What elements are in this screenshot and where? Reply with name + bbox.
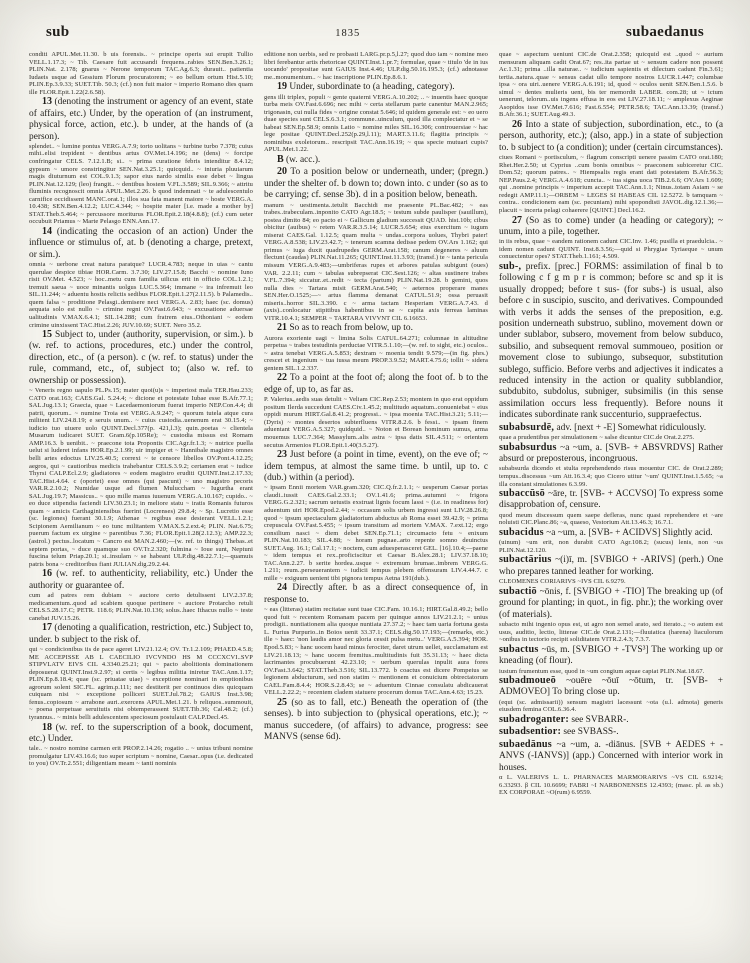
entry-headword: subaccūsō bbox=[499, 488, 545, 499]
entry-paragraph: subacidus ~a ~um, a. [SVB- + ACIDVS] Sli… bbox=[499, 527, 723, 539]
sense-paragraph: B (w. acc.). bbox=[264, 154, 488, 166]
sense-paragraph: 25 (so as to fall, etc.) Beneath the ope… bbox=[264, 697, 488, 744]
entry-paragraph: subactārius ~(i)ī, m. [SVBIGO + -ARIVS] … bbox=[499, 554, 723, 578]
citation-block: cum ad patres rem dubiam ~ auctore certo… bbox=[29, 592, 253, 622]
entry-headword: sub-, bbox=[499, 261, 521, 272]
entry-headword: subactārius bbox=[499, 554, 552, 565]
running-head-right: subaedanus bbox=[626, 24, 704, 41]
sense-number: 19 bbox=[277, 81, 287, 92]
sense-definition: Just before (a point in time, event), on… bbox=[264, 450, 488, 483]
entry-definition: adv. [next + -E] Somewhat ridiculously. bbox=[557, 423, 707, 433]
citation-block: splendet.. ~ lumine pontus VERG.A.7.9; t… bbox=[29, 143, 253, 226]
sense-paragraph: 19 Under, subordinate to (a heading, cat… bbox=[264, 81, 488, 93]
sense-number: 15 bbox=[42, 329, 52, 340]
entry-definition: see SVBARR-. bbox=[571, 715, 628, 725]
citation-block: in iis rebus, quae ~ eandem rationem cad… bbox=[499, 238, 723, 261]
entry-definition: prefix. [prec.] FORMS: assimilation of f… bbox=[499, 262, 723, 420]
entry-headword: subabsurdē, bbox=[499, 422, 554, 433]
citation-block: manum ~ uestimenta..tetulit Bacchidi me … bbox=[264, 202, 488, 323]
sense-paragraph: 15 Subject to, under (authority, supervi… bbox=[29, 329, 253, 387]
sense-paragraph: 18 (w. ref. to the superscription of a b… bbox=[29, 722, 253, 746]
sense-definition: Directly after. b as a direct consequenc… bbox=[264, 583, 488, 604]
sense-paragraph: 24 Directly after. b as a direct consequ… bbox=[264, 582, 488, 606]
dictionary-page: sub 1835 subaedanus conditi APUL.Met.11.… bbox=[0, 0, 750, 963]
sense-definition: To a point at the foot of; along the foo… bbox=[264, 373, 488, 394]
citation-block: P. Valerius..aedis suas detulit ~ Veliam… bbox=[264, 396, 488, 449]
sense-paragraph: 23 Just before (a point in time, event),… bbox=[264, 449, 488, 484]
sense-number: 22 bbox=[277, 372, 287, 383]
citation-block: (equi (sc. admissarii)) sensum magistri … bbox=[499, 699, 723, 714]
entry-headword: subadroganter: bbox=[499, 714, 569, 725]
sense-number: 24 bbox=[277, 582, 287, 593]
citation-block: Aurora exoriente uagi ~ limina Solis CAT… bbox=[264, 335, 488, 373]
entry-paragraph: subabsurdē, adv. [next + -E] Somewhat ri… bbox=[499, 422, 723, 434]
citation-block: editione non uerbis, sed re probasti LAR… bbox=[264, 51, 488, 81]
citation-block: quae ~ aspectum ueniunt CIC.de Orat.2.35… bbox=[499, 51, 723, 119]
sense-number: B bbox=[277, 154, 284, 165]
sense-paragraph: 14 (indicating the occasion of an action… bbox=[29, 226, 253, 261]
sense-number: 27 bbox=[512, 215, 522, 226]
entry-paragraph: subactus ~ūs, m. [SVBIGO + -TVS³] The wo… bbox=[499, 644, 723, 668]
citation-block: ciues Romani ~ portisculum, ~ flagrum co… bbox=[499, 154, 723, 214]
sense-definition: (w. ref. to the superscription of a book… bbox=[29, 723, 253, 744]
column-middle: editione non uerbis, sed re probasti LAR… bbox=[264, 51, 488, 951]
entry-headword: subabsurdus bbox=[499, 442, 557, 453]
citation-block: ~ Veneris regno uapulo PL.Ps.15; mater q… bbox=[29, 387, 253, 568]
sense-definition: So as to reach from below, up to. bbox=[289, 323, 413, 333]
citation-block: quod meum discessum quem saepe defleras,… bbox=[499, 512, 723, 527]
sense-definition: Into a state of subjection, subordinatio… bbox=[499, 120, 723, 153]
entry-paragraph: subabsurdus ~a ~um, a. [SVB- + ABSVRDVS]… bbox=[499, 442, 723, 466]
entry-headword: subadsentior: bbox=[499, 726, 561, 737]
sense-definition: (w. ref. to authenticity, reliability, e… bbox=[29, 569, 253, 590]
sense-definition: (indicating the occasion of an action) U… bbox=[29, 227, 253, 260]
entry-paragraph: subaccūsō ~āre, tr. [SVB- + ACCVSO] To e… bbox=[499, 488, 723, 512]
citation-block: subacto mihi ingenio opus est, ut agro n… bbox=[499, 621, 723, 644]
sense-definition: (So as to come) under (a heading or cate… bbox=[499, 216, 723, 237]
sense-definition: To a position below or underneath, under… bbox=[264, 167, 488, 200]
column-left: conditi APUL.Met.11.30. b uis forensis..… bbox=[29, 51, 253, 951]
sense-definition: Under, subordinate to (a heading, catego… bbox=[289, 82, 454, 92]
sense-number: 21 bbox=[277, 322, 287, 333]
sense-paragraph: 27 (So as to come) under (a heading or c… bbox=[499, 215, 723, 239]
entry-paragraph: sub-, prefix. [prec.] FORMS: assimilatio… bbox=[499, 261, 723, 422]
sense-number: 26 bbox=[512, 119, 522, 130]
entry-headword: subadmoueō bbox=[499, 675, 556, 686]
sense-paragraph: 13 (denoting the instrument or agency of… bbox=[29, 96, 253, 143]
column-right: quae ~ aspectum ueniunt CIC.de Orat.2.35… bbox=[499, 51, 723, 951]
entry-definition: see SVBASS-. bbox=[563, 727, 618, 737]
entry-paragraph: subadroganter: see SVBARR-. bbox=[499, 714, 723, 726]
sense-number: 23 bbox=[277, 449, 287, 460]
sense-paragraph: 22 To a point at the foot of; along the … bbox=[264, 372, 488, 396]
sense-number: 18 bbox=[42, 722, 52, 733]
citation-block: gens illi triplex, populi ~ gente quater… bbox=[264, 94, 488, 154]
citation-block: conditi APUL.Met.11.30. b uis forensis..… bbox=[29, 51, 253, 96]
page-number: 1835 bbox=[335, 28, 360, 39]
entry-headword: subactus bbox=[499, 644, 539, 655]
entry-definition: ~a ~um, a. [SVB- + ACIDVS] Slightly acid… bbox=[546, 528, 712, 538]
sense-definition: Subject to, under (authority, supervisio… bbox=[29, 330, 253, 386]
entry-paragraph: subaedānus ~a ~um, a. -diānus. [SVB + AE… bbox=[499, 739, 723, 774]
sense-number: 14 bbox=[42, 226, 52, 237]
running-head-left: sub bbox=[46, 24, 69, 41]
citation-block: α L. VALERIVS L. L. PHARNACES MARMORARIV… bbox=[499, 774, 723, 797]
entry-headword: subaedānus bbox=[499, 739, 552, 750]
sense-number: 25 bbox=[277, 697, 287, 708]
sense-definition: (denoting the instrument or agency of an… bbox=[29, 97, 253, 141]
sense-paragraph: 26 Into a state of subjection, subordina… bbox=[499, 119, 723, 154]
citation-block: iustum frumentum esse, quod in ~um congi… bbox=[499, 668, 723, 676]
sense-definition: (so as to fall, etc.) Beneath the operat… bbox=[264, 698, 488, 742]
sense-number: 20 bbox=[277, 166, 287, 177]
sense-paragraph: 20 To a position below or underneath, un… bbox=[264, 166, 488, 201]
sense-number: 13 bbox=[42, 96, 52, 107]
citation-block: subabsurda dicendo et stulta reprehenden… bbox=[499, 465, 723, 488]
sense-definition: (denoting a qualification, restriction, … bbox=[29, 623, 253, 644]
entry-paragraph: subactiō ~ōnis, f. [SVBIGO + -TIO] The b… bbox=[499, 586, 723, 621]
citation-block: ~ eas (litteras) statim recitatae sunt t… bbox=[264, 606, 488, 697]
citation-block: CLEOMENES CORIARIVS ~IVS CIL 6.9279. bbox=[499, 578, 723, 586]
sense-definition: (w. acc.). bbox=[286, 155, 320, 165]
running-head: sub 1835 subaedanus bbox=[0, 0, 750, 41]
sense-paragraph: 17 (denoting a qualification, restrictio… bbox=[29, 622, 253, 646]
citation-block: qui ~ condicionibus iis de pace ageret L… bbox=[29, 646, 253, 721]
citation-block: tale.. ~ nostro nomine carmen erit PROP.… bbox=[29, 745, 253, 768]
sense-paragraph: 21 So as to reach from below, up to. bbox=[264, 322, 488, 334]
citation-block: ~ ipsam Ennii mortem VAR.gram.320; CIC.Q… bbox=[264, 484, 488, 582]
entry-paragraph: subadmoueō ~ouēre ~ōuī ~ōtum, tr. [SVB- … bbox=[499, 675, 723, 699]
entry-headword: subactiō bbox=[499, 586, 537, 597]
sense-paragraph: 16 (w. ref. to authenticity, reliability… bbox=[29, 568, 253, 592]
sense-number: 17 bbox=[42, 622, 52, 633]
entry-paragraph: subadsentior: see SVBASS-. bbox=[499, 726, 723, 738]
sense-number: 16 bbox=[42, 568, 52, 579]
citation-block: omnia ~ uerbone creat natura paratque? L… bbox=[29, 261, 253, 329]
entry-headword: subacidus bbox=[499, 527, 544, 538]
text-columns: conditi APUL.Met.11.30. b uis forensis..… bbox=[0, 41, 750, 951]
citation-block: (uinum) ~um erit, non durabit CATO Agr.1… bbox=[499, 539, 723, 554]
citation-block: quae a prudentibus per simulationem ~ sa… bbox=[499, 434, 723, 442]
